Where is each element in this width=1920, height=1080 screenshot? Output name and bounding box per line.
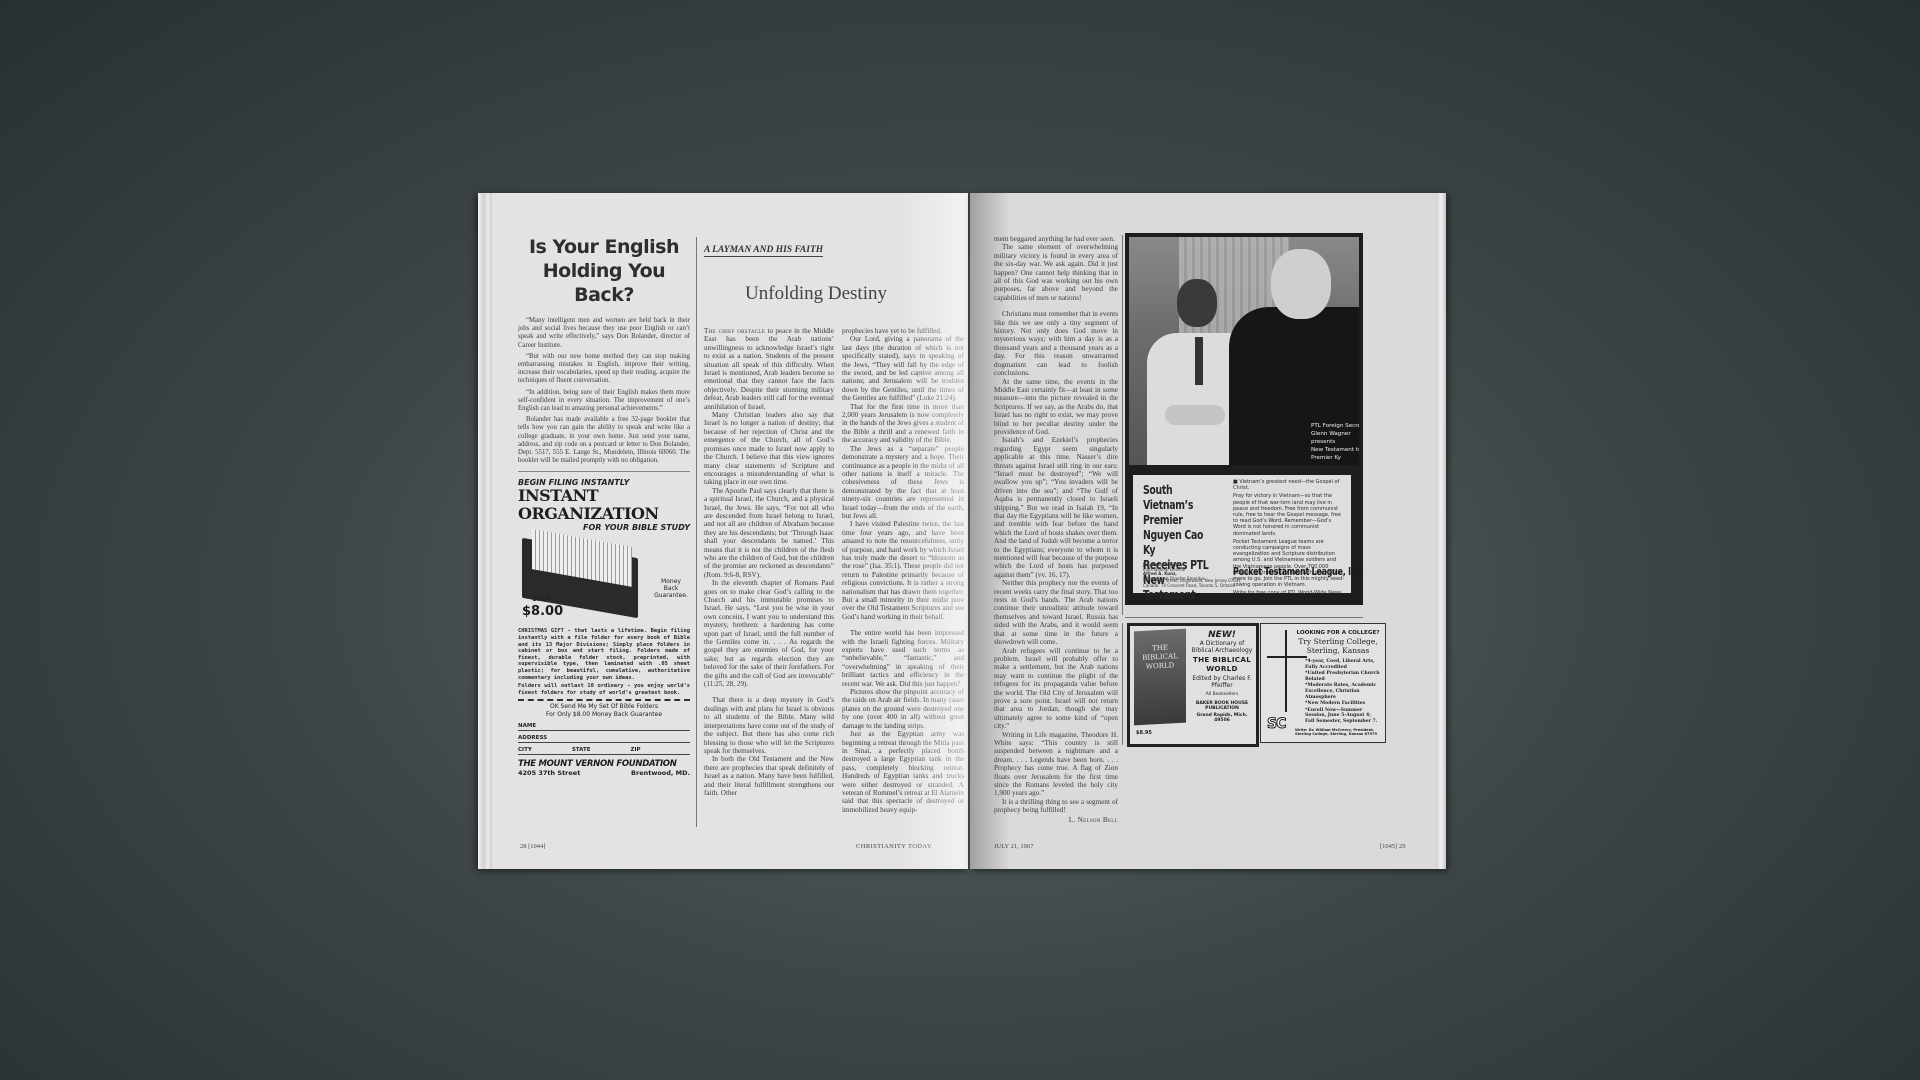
article-column-3: ment beggared anything he had ever seen.… [994, 235, 1118, 824]
paragraph: It is a thrilling thing to see a segment… [994, 798, 1118, 815]
city-state-zip-field[interactable]: CITY STATE ZIP [518, 747, 690, 755]
name-field[interactable]: NAME [518, 723, 690, 731]
college-features: *4-year, Coed, Liberal Arts, Fully Accre… [1295, 659, 1381, 725]
article-title: Unfolding Destiny [666, 283, 966, 305]
book-price: $8.95 [1136, 730, 1152, 736]
filing-body: CHRISTMAS GIFT - that lasts a lifetime. … [518, 628, 690, 681]
college-title: Try Sterling College, Sterling, Kansas [1295, 638, 1381, 655]
left-page: Is Your English Holding You Back? “Many … [478, 193, 968, 869]
paragraph: At the same time, the events in the Midd… [994, 378, 1118, 437]
paragraph: Neither this prophecy nor the events of … [994, 579, 1118, 646]
paragraph: prophecies have yet to be fulfilled. [842, 327, 964, 335]
paragraph: The entire world has been impressed with… [842, 629, 964, 688]
author-byline: L. Nelson Bell [994, 816, 1118, 824]
sc-logo: SC [1267, 716, 1285, 732]
filing-headline: INSTANT ORGANIZATION [518, 487, 690, 523]
paragraph: I have visited Palestine twice, the last… [842, 520, 964, 621]
sterling-college-ad: SC LOOKING FOR A COLLEGE? Try Sterling C… [1260, 623, 1386, 743]
street: 4205 37th Street [518, 769, 580, 777]
article-header: A LAYMAN AND HIS FAITH Unfolding Destiny [666, 239, 966, 305]
headline-line: Nguyen Cao Ky [1143, 528, 1209, 558]
ptl-body: ■ Vietnam’s greatest need—the Gospel of … [1233, 479, 1345, 599]
book-description: A Dictionary of Biblical Archaeology [1190, 640, 1254, 654]
article-kicker: A LAYMAN AND HIS FAITH [704, 245, 823, 257]
company-address: 4205 37th Street Brentwood, MD. [518, 769, 690, 777]
guarantee-label: Money Back Guarantee. [654, 578, 688, 599]
biblical-world-book-ad: THE BIBLICAL WORLD $8.95 NEW! A Dictiona… [1127, 623, 1259, 747]
field-label: CITY [518, 747, 532, 754]
order-line: For Only $8.00 Money Back Guarantee [518, 711, 690, 719]
order-line: OK Send Me My Set Of Bible Folders [518, 703, 690, 711]
article-column-2: prophecies have yet to be fulfilled. Our… [842, 327, 964, 814]
headline-line: Back? [518, 283, 690, 307]
address-line: Canada: 74 Crescent Road, Toronto 5, Ont… [1143, 584, 1241, 589]
field-label: ZIP [630, 747, 640, 754]
right-page: ment beggared anything he had ever seen.… [970, 193, 1446, 869]
column-divider [1122, 235, 1123, 615]
paragraph: That there is a deep mystery in God’s de… [704, 696, 834, 755]
college-contact: Write: Dr. William McCreery, President, … [1295, 728, 1381, 737]
english-ad-body: “Many intelligent men and women are held… [518, 317, 690, 465]
premier-ky-photo: PTL Foreign Secretary Glenn Wagner prese… [1129, 237, 1359, 465]
page-number-left: 28 [1044] [520, 843, 545, 850]
paragraph: In both the Old Testament and the New th… [704, 755, 834, 797]
feature-item: *United Presbyterian Church Related [1305, 671, 1381, 682]
paragraph: “But with our new home method they can s… [518, 353, 690, 386]
filing-body-2: Folders will outlast 10 ordinary - you e… [518, 683, 690, 696]
book-cover-title: THE BIBLICAL WORLD [1138, 643, 1182, 672]
paragraph: ■ Vietnam’s greatest need—the Gospel of … [1233, 479, 1345, 491]
order-coupon: OK Send Me My Set Of Bible Folders For O… [518, 699, 690, 777]
paragraph: Pocket Testament League teams are conduc… [1233, 539, 1345, 589]
feature-item: *Moderate Rates, Academic Excellence, Ch… [1305, 683, 1381, 700]
ptl-advertisement: PTL Foreign Secretary Glenn Wagner prese… [1125, 233, 1363, 605]
feature-item: *4-year, Coed, Liberal Arts, Fully Accre… [1305, 659, 1381, 670]
publisher-location: Grand Rapids, Mich. 49506 [1190, 713, 1254, 724]
paragraph: Pictures show the pinpoint accuracy of t… [842, 688, 964, 730]
only-label: ONLY [532, 596, 549, 603]
hands-shape [1165, 405, 1225, 425]
magazine-spread: Is Your English Holding You Back? “Many … [478, 193, 1446, 869]
paragraph: Many Christian leaders also say that Isr… [704, 411, 834, 487]
feature-item: *Enroll Now—Summer Session, June 5-Augus… [1305, 708, 1381, 725]
field-label: ADDRESS [518, 735, 547, 741]
filing-price: $8.00 [522, 604, 563, 619]
caption-line: PTL Foreign Secretary [1311, 422, 1359, 430]
paragraph: Arab refugees will continue to be a prob… [994, 647, 1118, 731]
feature-item: *New Modern Facilities [1305, 701, 1381, 707]
book-ad-text: NEW! A Dictionary of Biblical Archaeolog… [1190, 630, 1254, 724]
ptl-organization-name: Pocket Testament League, Inc. [1233, 565, 1364, 578]
divider [1125, 617, 1363, 618]
caption-line: Glenn Wagner presents [1311, 430, 1359, 446]
column-divider [696, 237, 697, 827]
book-cover-image: THE BIBLICAL WORLD [1134, 629, 1186, 726]
cross-icon [1285, 630, 1287, 712]
bible-folder-ad: BEGIN FILING INSTANTLY INSTANT ORGANIZAT… [518, 478, 690, 777]
headline-line: South Vietnam’s [1143, 483, 1209, 513]
book-publisher: BAKER BOOK HOUSE PUBLICATION [1190, 701, 1254, 712]
paragraph: “Many intelligent men and women are held… [518, 317, 690, 350]
ptl-text-panel: South Vietnam’s Premier Nguyen Cao Ky Re… [1133, 475, 1351, 593]
paragraph: Isaiah’s and Ezekiel’s prophecies regard… [994, 436, 1118, 579]
figure-head-shape [1177, 279, 1217, 327]
field-label: STATE [572, 747, 591, 754]
paragraph: Bolander has made available a free 32-pa… [518, 416, 690, 465]
paragraph: Just as the Egyptian army was beginning … [842, 730, 964, 814]
headline-line: Is Your English [518, 235, 690, 259]
paragraph: The Jews as a “separate” people demonstr… [842, 445, 964, 521]
paragraph: Writing in Life magazine, Theodore H. Wh… [994, 731, 1118, 798]
headline-line: Holding You [518, 259, 690, 283]
book-title: THE BIBLICAL WORLD [1190, 656, 1254, 673]
running-footer-publication: CHRISTIANITY TODAY [856, 843, 932, 850]
paragraph: Our Lord, giving a panorama of the last … [842, 335, 964, 402]
paragraph: That for the first time in more than 2,0… [842, 403, 964, 445]
field-label: NAME [518, 723, 536, 729]
paragraph: The same element of overwhelming militar… [994, 243, 1118, 302]
city: Brentwood, MD. [631, 769, 690, 777]
paragraph: The Apostle Paul says clearly that there… [704, 487, 834, 579]
paragraph: to peace in the Middle East has been the… [704, 327, 834, 411]
divider [518, 471, 690, 472]
book-editor: Edited by Charles F. Pfeiffer [1190, 675, 1254, 689]
issue-date: JULY 21, 1967 [994, 843, 1033, 850]
photo-caption: PTL Foreign Secretary Glenn Wagner prese… [1311, 422, 1359, 462]
column-divider [1122, 623, 1123, 745]
paragraph: Write for free copy of PTL World-Wide Ne… [1233, 590, 1345, 596]
file-cabinet-image: ONLY $8.00 Money Back Guarantee. [518, 536, 690, 628]
english-ad-headline: Is Your English Holding You Back? [518, 235, 690, 307]
lead-in: The chief obstacle [704, 327, 765, 335]
article-column-1: The chief obstacle to peace in the Middl… [704, 327, 834, 797]
caption-line: Premier Ky [1311, 454, 1359, 462]
page-number-right: [1045] 29 [1380, 843, 1405, 850]
address-field[interactable]: ADDRESS [518, 735, 690, 743]
english-ad: Is Your English Holding You Back? “Many … [518, 235, 690, 777]
caption-line: New Testament to [1311, 446, 1359, 454]
paragraph: In the eleventh chapter of Romans Paul g… [704, 579, 834, 688]
headline-line: Premier [1143, 513, 1209, 528]
paragraph: “In addition, being sure of their Englis… [518, 389, 690, 414]
college-heading: LOOKING FOR A COLLEGE? [1295, 630, 1381, 636]
paragraph: Pray for victory in Vietnam—so that the … [1233, 493, 1345, 536]
college-ad-text: LOOKING FOR A COLLEGE? Try Sterling Coll… [1295, 630, 1381, 726]
company-name: THE MOUNT VERNON FOUNDATION [518, 759, 690, 769]
paragraph: Christians must remember that in events … [994, 310, 1118, 377]
new-label: NEW! [1190, 630, 1254, 640]
book-sellers: All Booksellers [1190, 692, 1254, 698]
paragraph: ment beggared anything he had ever seen. [994, 235, 1118, 243]
ptl-address: 49 Honeck Street, Englewood, New Jersey … [1143, 579, 1241, 589]
tie-shape [1195, 337, 1203, 385]
figure-head-shape [1271, 249, 1331, 319]
